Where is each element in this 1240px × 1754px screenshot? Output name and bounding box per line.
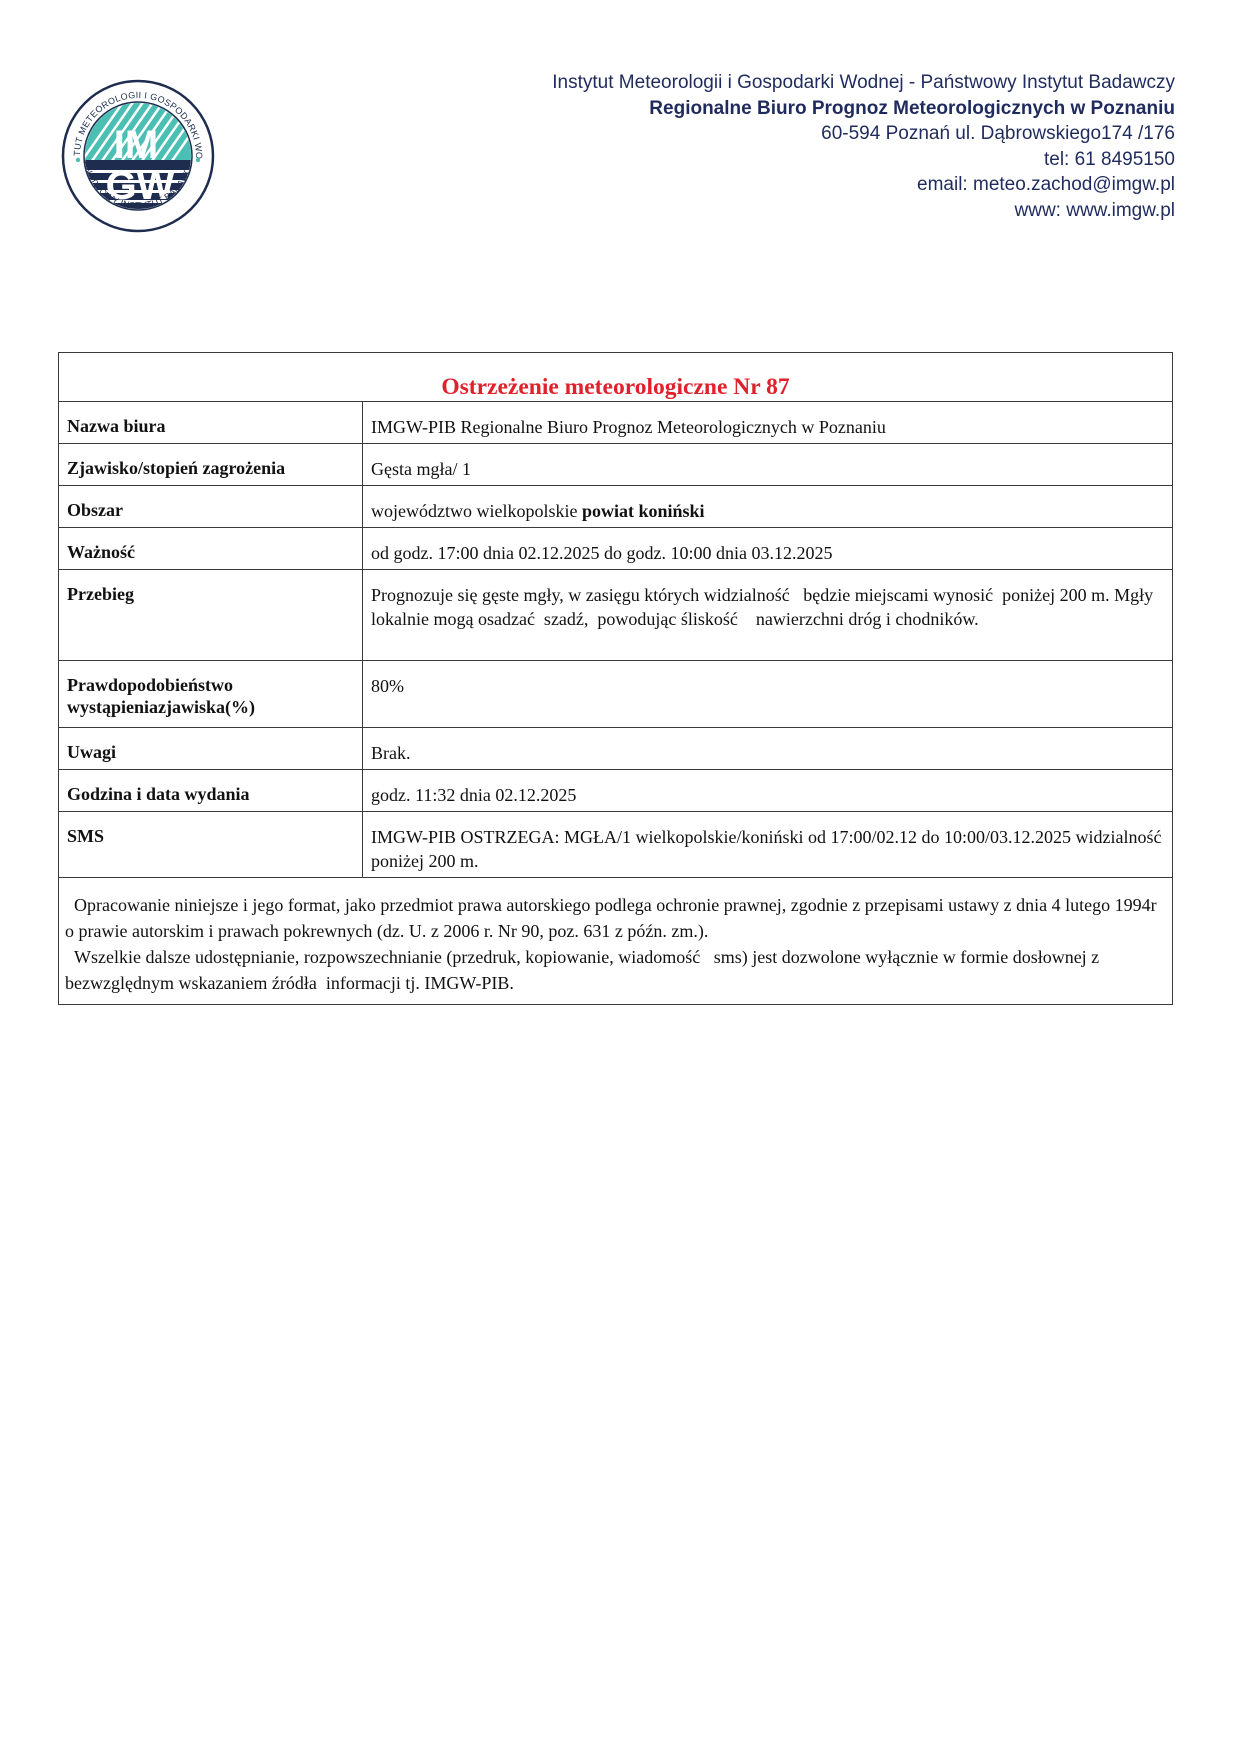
website[interactable]: www: www.imgw.pl [552,198,1175,224]
warning-table: Ostrzeżenie meteorologiczne Nr 87 Nazwa … [58,352,1173,1005]
copyright-paragraph: Opracowanie niniejsze i jego format, jak… [65,892,1166,944]
row-value-phenomenon: Gęsta mgła/ 1 [363,444,1173,486]
table-row: SMS IMGW-PIB OSTRZEGA: MGŁA/1 wielkopols… [59,812,1173,878]
row-value-issued: godz. 11:32 dnia 02.12.2025 [363,770,1173,812]
row-value-validity: od godz. 17:00 dnia 02.12.2025 do godz. … [363,528,1173,570]
footer-row: Opracowanie niniejsze i jego format, jak… [59,878,1173,1005]
table-row: Godzina i data wydania godz. 11:32 dnia … [59,770,1173,812]
row-value-course: Prognozuje się gęste mgły, w zasięgu któ… [363,570,1173,661]
row-label-office: Nazwa biura [59,402,363,444]
phone: tel: 61 8495150 [552,147,1175,173]
copyright-notice: Opracowanie niniejsze i jego format, jak… [59,878,1173,1005]
row-value-probability: 80% [363,661,1173,728]
institute-name: Instytut Meteorologii i Gospodarki Wodne… [552,70,1175,96]
office-name: Regionalne Biuro Prognoz Meteorologiczny… [552,96,1175,122]
row-label-area: Obszar [59,486,363,528]
row-label-course: Przebieg [59,570,363,661]
row-label-issued: Godzina i data wydania [59,770,363,812]
table-row: Zjawisko/stopień zagrożenia Gęsta mgła/ … [59,444,1173,486]
table-row: Prawdopodobieństwo wystąpieniazjawiska(%… [59,661,1173,728]
warning-title-cell: Ostrzeżenie meteorologiczne Nr 87 [59,353,1173,402]
table-row: Obszar województwo wielkopolskie powiat … [59,486,1173,528]
imgw-logo: IM GW INSTYTUT METEOROLOGII I GOSPODARKI… [60,78,216,234]
row-label-remarks: Uwagi [59,728,363,770]
table-row: Ważność od godz. 17:00 dnia 02.12.2025 d… [59,528,1173,570]
row-label-sms: SMS [59,812,363,878]
distribution-paragraph: Wszelkie dalsze udostępnianie, rozpowsze… [65,944,1166,996]
table-row: Przebieg Prognozuje się gęste mgły, w za… [59,570,1173,661]
table-row: Nazwa biura IMGW-PIB Regionalne Biuro Pr… [59,402,1173,444]
row-value-office: IMGW-PIB Regionalne Biuro Prognoz Meteor… [363,402,1173,444]
row-label-probability: Prawdopodobieństwo wystąpieniazjawiska(%… [59,661,363,728]
row-value-area: województwo wielkopolskie powiat konińsk… [363,486,1173,528]
row-label-validity: Ważność [59,528,363,570]
area-county: powiat koniński [582,501,705,521]
row-value-remarks: Brak. [363,728,1173,770]
institution-header: Instytut Meteorologii i Gospodarki Wodne… [552,70,1175,223]
row-value-sms: IMGW-PIB OSTRZEGA: MGŁA/1 wielkopolskie/… [363,812,1173,878]
area-region: województwo wielkopolskie [371,501,582,521]
address: 60-594 Poznań ul. Dąbrowskiego174 /176 [552,121,1175,147]
table-row: Uwagi Brak. [59,728,1173,770]
svg-text:IM: IM [114,123,158,167]
imgw-logo-icon: IM GW INSTYTUT METEOROLOGII I GOSPODARKI… [60,78,216,234]
email[interactable]: email: meteo.zachod@imgw.pl [552,172,1175,198]
warning-title: Ostrzeżenie meteorologiczne Nr 87 [441,362,789,401]
row-label-phenomenon: Zjawisko/stopień zagrożenia [59,444,363,486]
